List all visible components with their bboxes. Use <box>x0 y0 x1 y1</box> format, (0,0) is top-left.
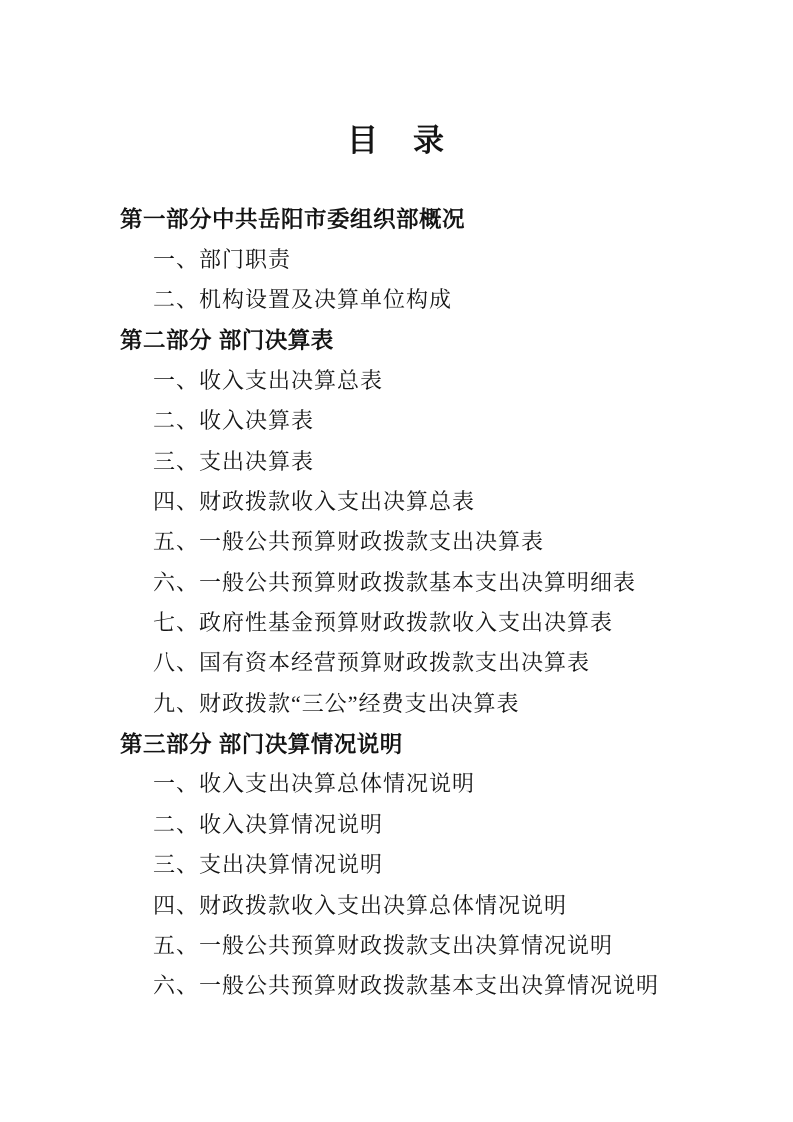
toc-item-2-7: 七、政府性基金预算财政拨款收入支出决算表 <box>120 601 757 641</box>
toc-item-3-3: 三、支出决算情况说明 <box>120 844 757 884</box>
toc-item-2-4: 四、财政拨款收入支出决算总表 <box>120 480 757 520</box>
toc-item-1-1: 一、部门职责 <box>120 238 757 278</box>
toc-section-heading-3: 第三部分 部门决算情况说明 <box>120 722 757 762</box>
toc-item-3-6: 六、一般公共预算财政拨款基本支出决算情况说明 <box>120 965 757 1005</box>
toc-title: 目 录 <box>0 121 793 161</box>
toc-item-2-3: 三、支出决算表 <box>120 440 757 480</box>
toc-item-2-8: 八、国有资本经营预算财政拨款支出决算表 <box>120 642 757 682</box>
toc-item-2-5: 五、一般公共预算财政拨款支出决算表 <box>120 521 757 561</box>
toc-item-2-9: 九、财政拨款“三公”经费支出决算表 <box>120 682 757 722</box>
toc-body: 第一部分中共岳阳市委组织部概况一、部门职责二、机构设置及决算单位构成第二部分 部… <box>120 198 757 1005</box>
toc-item-1-2: 二、机构设置及决算单位构成 <box>120 279 757 319</box>
toc-item-3-4: 四、财政拨款收入支出决算总体情况说明 <box>120 884 757 924</box>
toc-item-2-6: 六、一般公共预算财政拨款基本支出决算明细表 <box>120 561 757 601</box>
toc-item-2-1: 一、收入支出决算总表 <box>120 359 757 399</box>
toc-section-heading-2: 第二部分 部门决算表 <box>120 319 757 359</box>
toc-item-3-5: 五、一般公共预算财政拨款支出决算情况说明 <box>120 924 757 964</box>
toc-item-3-1: 一、收入支出决算总体情况说明 <box>120 763 757 803</box>
document-page: 目 录 第一部分中共岳阳市委组织部概况一、部门职责二、机构设置及决算单位构成第二… <box>0 0 793 1122</box>
toc-item-3-2: 二、收入决算情况说明 <box>120 803 757 843</box>
toc-item-2-2: 二、收入决算表 <box>120 400 757 440</box>
toc-section-heading-1: 第一部分中共岳阳市委组织部概况 <box>120 198 757 238</box>
